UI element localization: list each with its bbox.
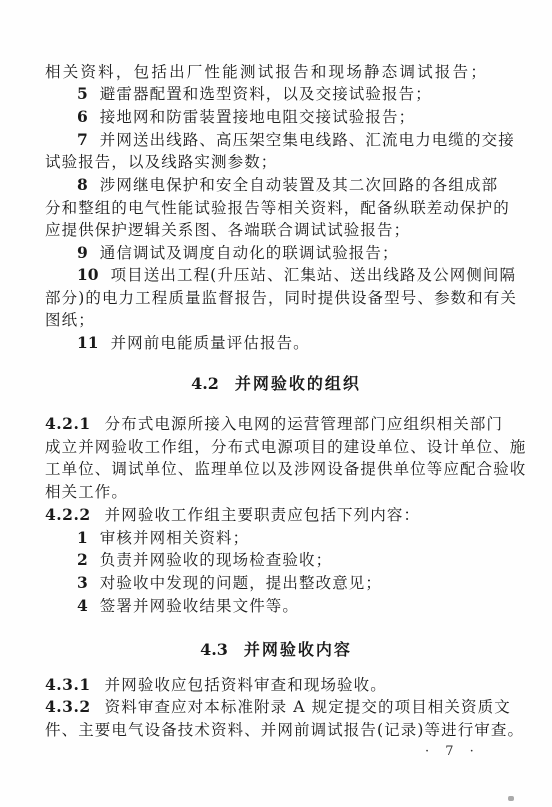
section-title: 并网验收的组织 (235, 374, 361, 393)
paragraph-line: 图纸； (45, 309, 487, 331)
section-title: 并网验收内容 (244, 640, 352, 659)
clause-4-3-2: 4.3.2资料审查应对本标准附录 A 规定提交的项目相关资质文 (45, 696, 487, 718)
clause-number: 4.2.2 (45, 504, 91, 526)
item-text: 审核并网相关资料； (100, 529, 249, 547)
item-text: 并网送出线路、高压架空集电线路、汇流电力电缆的交接 (100, 131, 515, 149)
item-text: 涉网继电保护和安全自动装置及其二次回路的各组成部 (100, 176, 498, 194)
section-number: 4.2 (191, 374, 219, 393)
list-item-6: 6接地网和防雷装置接地电阻交接试验报告； (77, 106, 487, 128)
item-text: 接地网和防雷装置接地电阻交接试验报告； (100, 108, 415, 126)
item-text: 对验收中发现的问题，提出整改意见； (100, 574, 382, 592)
item-number: 7 (77, 129, 88, 151)
list-item-3: 3对验收中发现的问题，提出整改意见； (77, 572, 487, 594)
clause-number: 4.2.1 (45, 413, 91, 435)
item-number: 11 (77, 332, 99, 354)
item-number: 3 (77, 572, 88, 594)
item-number: 10 (77, 264, 99, 286)
list-item-1: 1审核并网相关资料； (77, 527, 487, 549)
paragraph-line: 分和整组的电气性能试验报告等相关资料，配备纵联差动保护的 (45, 197, 487, 219)
section-heading-4-2: 4.2并网验收的组织 (0, 373, 552, 395)
item-number: 8 (77, 174, 88, 196)
clause-text: 分布式电源所接入电网的运营管理部门应组织相关部门 (105, 415, 503, 433)
item-number: 5 (77, 83, 88, 105)
item-number: 4 (77, 595, 88, 617)
paragraph-line: 件、主要电气设备技术资料、并网前调试报告(记录)等进行审查。 (45, 719, 487, 741)
list-item-8: 8涉网继电保护和安全自动装置及其二次回路的各组成部 (77, 174, 487, 196)
list-item-2: 2负责并网验收的现场检查验收； (77, 549, 487, 571)
item-text: 项目送出工程(升压站、汇集站、送出线路及公网侧间隔 (111, 266, 517, 284)
list-item-4: 4签署并网验收结果文件等。 (77, 595, 487, 617)
scan-artifact (508, 796, 514, 801)
list-item-7: 7并网送出线路、高压架空集电线路、汇流电力电缆的交接 (77, 129, 487, 151)
item-number: 6 (77, 106, 88, 128)
list-item-11: 11并网前电能质量评估报告。 (77, 332, 487, 354)
clause-number: 4.3.2 (45, 696, 91, 718)
item-number: 2 (77, 549, 88, 571)
list-item-9: 9通信调试及调度自动化的联调试验报告； (77, 242, 487, 264)
item-number: 1 (77, 527, 88, 549)
item-text: 签署并网验收结果文件等。 (100, 597, 299, 615)
list-item-5: 5避雷器配置和选型资料，以及交接试验报告； (77, 83, 487, 105)
paragraph-line: 试验报告，以及线路实测参数； (45, 151, 487, 173)
clause-text: 并网验收应包括资料审查和现场验收。 (105, 676, 387, 694)
clause-4-3-1: 4.3.1并网验收应包括资料审查和现场验收。 (45, 674, 487, 696)
item-text: 通信调试及调度自动化的联调试验报告； (100, 244, 399, 262)
item-text: 并网前电能质量评估报告。 (111, 334, 310, 352)
paragraph-line: 相关资料，包括出厂性能测试报告和现场静态调试报告； (45, 61, 487, 83)
list-item-10: 10项目送出工程(升压站、汇集站、送出线路及公网侧间隔 (77, 264, 487, 286)
section-number: 4.3 (200, 640, 228, 659)
paragraph-line: 应提供保护逻辑关系图、各端联合调试试验报告； (45, 219, 487, 241)
item-text: 负责并网验收的现场检查验收； (100, 551, 332, 569)
section-heading-4-3: 4.3并网验收内容 (0, 639, 552, 661)
item-text: 避雷器配置和选型资料，以及交接试验报告； (100, 85, 432, 103)
paragraph-line: 部分)的电力工程质量监督报告，同时提供设备型号、参数和有关 (45, 287, 487, 309)
clause-number: 4.3.1 (45, 674, 91, 696)
paragraph-line: 相关工作。 (45, 481, 487, 503)
document-page: 相关资料，包括出厂性能测试报告和现场静态调试报告； 5避雷器配置和选型资料，以及… (0, 0, 552, 807)
item-number: 9 (77, 242, 88, 264)
paragraph-line: 成立并网验收工作组，分布式电源项目的建设单位、设计单位、施 (45, 436, 487, 458)
page-number: · 7 · (425, 744, 480, 759)
paragraph-line: 工单位、调试单位、监理单位以及涉网设备提供单位等应配合验收 (45, 458, 487, 480)
clause-4-2-2: 4.2.2并网验收工作组主要职责应包括下列内容： (45, 504, 487, 526)
clause-text: 资料审查应对本标准附录 A 规定提交的项目相关资质文 (105, 698, 511, 716)
clause-4-2-1: 4.2.1分布式电源所接入电网的运营管理部门应组织相关部门 (45, 413, 487, 435)
clause-text: 并网验收工作组主要职责应包括下列内容： (105, 506, 420, 524)
